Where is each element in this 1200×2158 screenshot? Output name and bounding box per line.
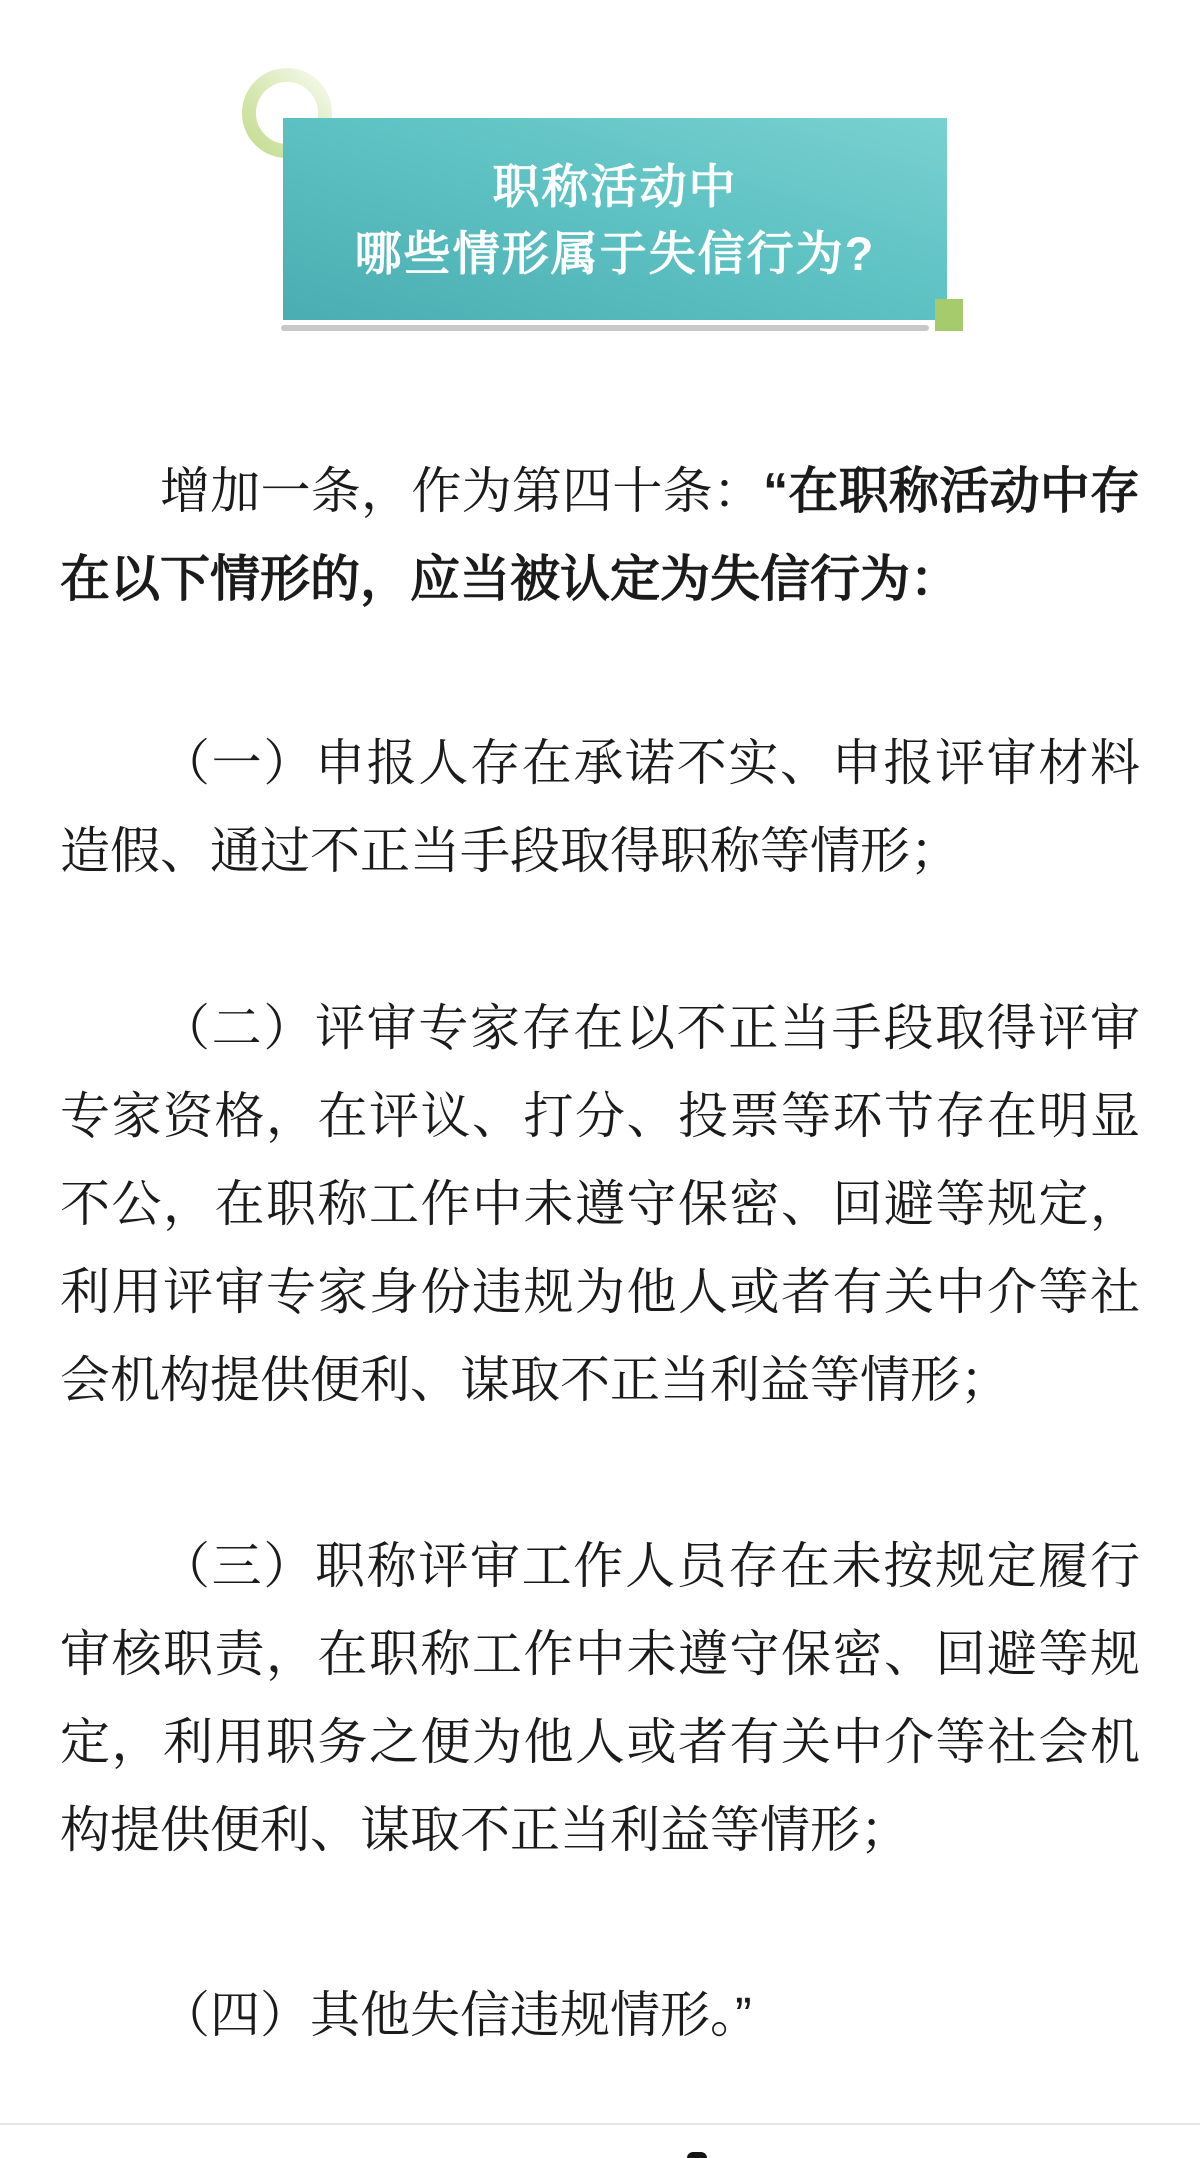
bottom-divider xyxy=(0,2123,1200,2125)
intro-regular-text: 增加一条，作为第四十条： xyxy=(160,463,763,519)
paragraph-intro-line1: 增加一条，作为第四十条：“在职称活动中存 xyxy=(60,447,1140,535)
cutoff-next-section-glyph xyxy=(687,2152,707,2158)
infographic-page: 职称活动中 哪些情形属于失信行为? 增加一条，作为第四十条：“在职称活动中存 在… xyxy=(0,0,1200,2158)
item2-line5: 会机构提供便利、谋取不正当利益等情形； xyxy=(60,1336,1140,1424)
paragraph-intro: 增加一条，作为第四十条：“在职称活动中存 在以下情形的，应当被认定为失信行为： xyxy=(60,447,1140,623)
item2-line3: 不公，在职称工作中未遵守保密、回避等规定， xyxy=(60,1160,1140,1248)
paragraph-item1: （一）申报人存在承诺不实、申报评审材料 造假、通过不正当手段取得职称等情形； xyxy=(60,719,1140,895)
item3-line4: 构提供便利、谋取不正当利益等情形； xyxy=(60,1786,1140,1874)
item1-line2: 造假、通过不正当手段取得职称等情形； xyxy=(60,807,1140,895)
item3-line3: 定，利用职务之便为他人或者有关中介等社会机 xyxy=(60,1698,1140,1786)
paragraph-item4: （四）其他失信违规情形。” xyxy=(60,1971,1140,2059)
paragraph-intro-line2: 在以下情形的，应当被认定为失信行为： xyxy=(60,535,1140,623)
title-banner: 职称活动中 哪些情形属于失信行为? xyxy=(283,118,947,320)
paragraph-item2: （二）评审专家存在以不正当手段取得评审 专家资格，在评议、打分、投票等环节存在明… xyxy=(60,984,1140,1424)
intro-bold-text: “在职称活动中存 xyxy=(763,463,1140,519)
paragraph-item3: （三）职称评审工作人员存在未按规定履行 审核职责，在职称工作中未遵守保密、回避等… xyxy=(60,1522,1140,1874)
banner-underline-bar xyxy=(281,325,929,331)
item4-line1: （四）其他失信违规情形。” xyxy=(60,1971,1140,2059)
item2-line4: 利用评审专家身份违规为他人或者有关中介等社 xyxy=(60,1248,1140,1336)
item2-line2: 专家资格，在评议、打分、投票等环节存在明显 xyxy=(60,1072,1140,1160)
banner-title-line1: 职称活动中 xyxy=(493,153,738,220)
item2-line1: （二）评审专家存在以不正当手段取得评审 xyxy=(60,984,1140,1072)
item3-line2: 审核职责，在职称工作中未遵守保密、回避等规 xyxy=(60,1610,1140,1698)
item3-line1: （三）职称评审工作人员存在未按规定履行 xyxy=(60,1522,1140,1610)
accent-square xyxy=(935,299,963,331)
banner-title-line2: 哪些情形属于失信行为? xyxy=(355,220,876,287)
item1-line1: （一）申报人存在承诺不实、申报评审材料 xyxy=(60,719,1140,807)
